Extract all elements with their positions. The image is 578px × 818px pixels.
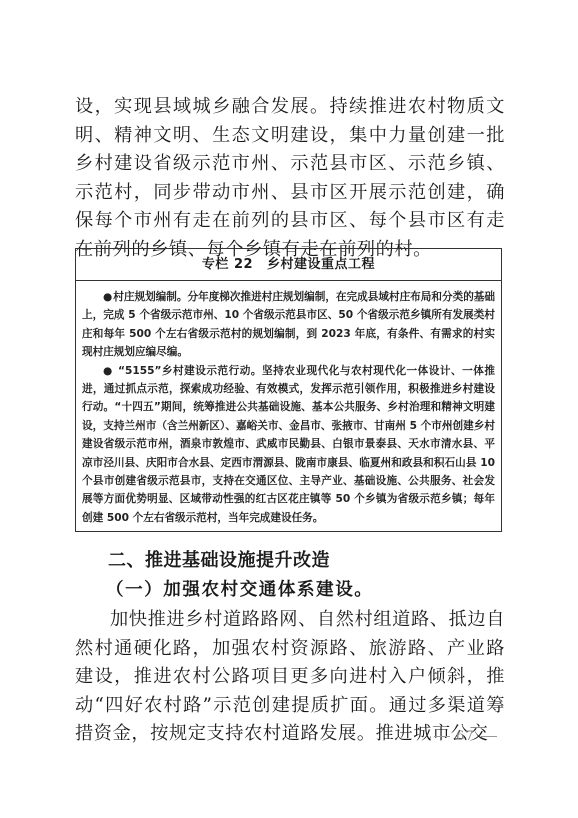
sidebar-box-body: ●村庄规划编制。分年度梯次推进村庄规划编制，在完成县域村庄布局和分类的基础上，完… bbox=[76, 281, 501, 527]
body-paragraph-bottom: 加快推进乡村道路路网、自然村组道路、抵边自然村通硬化路，加强农村资源路、旅游路、… bbox=[75, 606, 505, 749]
dash-decoration bbox=[434, 736, 450, 737]
sidebar-box-title: 乡村建设重点工程 bbox=[267, 257, 375, 272]
section-heading: 二、推进基础设施提升改造 bbox=[108, 548, 330, 574]
sidebar-box-item: ●村庄规划编制。分年度梯次推进村庄规划编制，在完成县域村庄布局和分类的基础上，完… bbox=[82, 288, 495, 362]
bullet-icon: ● bbox=[103, 291, 112, 303]
sidebar-box-number: 专栏 22 bbox=[202, 257, 253, 272]
sidebar-box-item-text: 村庄规划编制。分年度梯次推进村庄规划编制，在完成县域村庄布局和分类的基础上，完成… bbox=[82, 291, 495, 358]
page-number-footer: 67 bbox=[428, 729, 503, 744]
body-paragraph-top: 设，实现县域城乡融合发展。持续推进农村物质文明、精神文明、生态文明建设，集中力量… bbox=[75, 93, 505, 265]
bullet-icon: ● bbox=[103, 365, 113, 377]
page-number: 67 bbox=[456, 729, 475, 744]
sidebar-box-item-text: “5155”乡村建设示范行动。坚持农业现代化与农村现代化一体设计、一体推进，通过… bbox=[82, 365, 495, 524]
subsection-heading: （一）加强农村交通体系建设。 bbox=[106, 577, 373, 603]
document-page: 设，实现县域城乡融合发展。持续推进农村物质文明、精神文明、生态文明建设，集中力量… bbox=[0, 0, 578, 818]
dash-decoration bbox=[481, 736, 497, 737]
sidebar-box-project-22: 专栏 22乡村建设重点工程 ●村庄规划编制。分年度梯次推进村庄规划编制，在完成县… bbox=[75, 248, 502, 532]
sidebar-box-header: 专栏 22乡村建设重点工程 bbox=[76, 249, 501, 281]
sidebar-box-item: ● “5155”乡村建设示范行动。坚持农业现代化与农村现代化一体设计、一体推进，… bbox=[82, 362, 495, 528]
